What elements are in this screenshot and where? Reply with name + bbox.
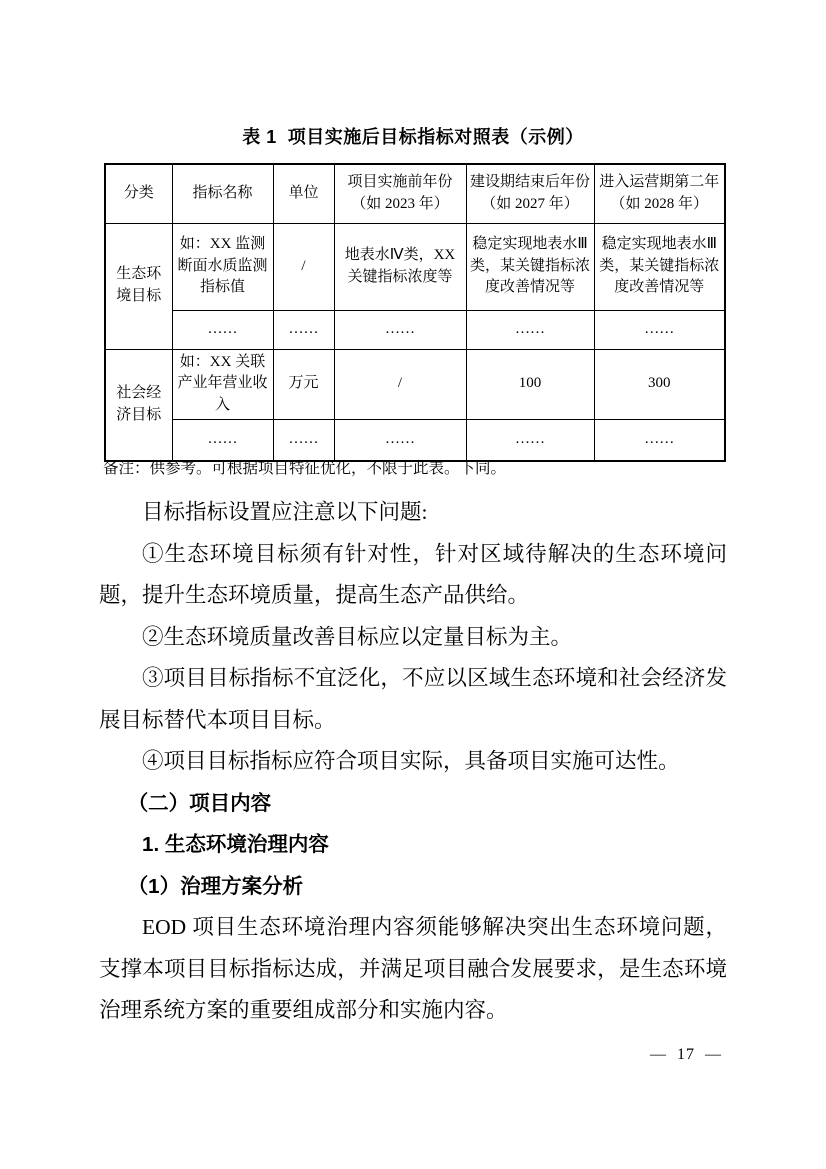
table-row: 生态环境目标 如：XX 监测断面水质监测指标值 / 地表水Ⅳ类，XX 关键指标浓… xyxy=(105,223,725,310)
table-cell: …… xyxy=(594,419,725,461)
paragraph-item-2: ②生态环境质量改善目标应以定量目标为主。 xyxy=(99,617,727,659)
table-title: 表 1 项目实施后目标指标对照表（示例） xyxy=(0,123,826,149)
header-cell-post-construction-year: 建设期结束后年份 （如 2027 年） xyxy=(466,164,594,223)
table-cell: …… xyxy=(273,310,334,349)
table-row: 社会经济目标 如：XX 关联产业年营业收入 万元 / 100 300 xyxy=(105,349,725,419)
indicator-comparison-table: 分类 指标名称 单位 项目实施前年份 （如 2023 年） 建设期结束后年份 （… xyxy=(104,163,726,462)
paragraph-eod: EOD 项目生态环境治理内容须能够解决突出生态环境问题，支撑本项目目标指标达成，… xyxy=(99,907,727,1032)
table-row: …… …… …… …… …… xyxy=(105,419,725,461)
header-cell-indicator-name: 指标名称 xyxy=(172,164,273,223)
paragraph-item-3: ③项目目标指标不宜泛化，不应以区域生态环境和社会经济发展目标替代本项目目标。 xyxy=(99,658,727,741)
header-cell-second-operation-year: 进入运营期第二年 （如 2028 年） xyxy=(594,164,725,223)
table-cell: …… xyxy=(334,419,466,461)
category-cell-eco-env: 生态环境目标 xyxy=(105,223,172,349)
body-text: 目标指标设置应注意以下问题: ①生态环境目标须有针对性，针对区域待解决的生态环境… xyxy=(99,492,727,1032)
table-cell: …… xyxy=(172,419,273,461)
table-header-row: 分类 指标名称 单位 项目实施前年份 （如 2023 年） 建设期结束后年份 （… xyxy=(105,164,725,223)
table-cell: 100 xyxy=(466,349,594,419)
table-cell: 如：XX 关联产业年营业收入 xyxy=(172,349,273,419)
table-cell: …… xyxy=(273,419,334,461)
page-number: — 17 — xyxy=(650,1046,722,1064)
paragraph-item-4: ④项目目标指标应符合项目实际，具备项目实施可达性。 xyxy=(99,741,727,783)
paragraph-item-1: ①生态环境目标须有针对性，针对区域待解决的生态环境问题，提升生态环境质量，提高生… xyxy=(99,534,727,617)
table-cell: 稳定实现地表水Ⅲ类，某关键指标浓度改善情况等 xyxy=(594,223,725,310)
header-cell-unit: 单位 xyxy=(273,164,334,223)
table-cell: …… xyxy=(334,310,466,349)
table-cell: …… xyxy=(594,310,725,349)
category-cell-socio-economic: 社会经济目标 xyxy=(105,349,172,461)
table-cell: 300 xyxy=(594,349,725,419)
table-cell: / xyxy=(334,349,466,419)
paragraph-intro: 目标指标设置应注意以下问题: xyxy=(99,492,727,534)
table-note: 备注：供参考。可根据项目特征优化，不限于此表。下同。 xyxy=(103,459,506,479)
header-cell-category: 分类 xyxy=(105,164,172,223)
table-cell: 稳定实现地表水Ⅲ类，某关键指标浓度改善情况等 xyxy=(466,223,594,310)
table-cell: …… xyxy=(172,310,273,349)
table-cell: …… xyxy=(466,419,594,461)
section-heading-project-content: （二）项目内容 xyxy=(99,783,727,825)
table-cell: 万元 xyxy=(273,349,334,419)
document-page: 表 1 项目实施后目标指标对照表（示例） 分类 指标名称 单位 项目实施前年份 … xyxy=(0,0,826,1169)
subsection-heading-eco-treatment: 1. 生态环境治理内容 xyxy=(99,824,727,866)
table-cell: …… xyxy=(466,310,594,349)
table-cell: 如：XX 监测断面水质监测指标值 xyxy=(172,223,273,310)
subsubsection-heading-treatment-plan: （1）治理方案分析 xyxy=(99,866,727,908)
table-row: …… …… …… …… …… xyxy=(105,310,725,349)
table-cell: / xyxy=(273,223,334,310)
header-cell-pre-implementation-year: 项目实施前年份 （如 2023 年） xyxy=(334,164,466,223)
table-cell: 地表水Ⅳ类，XX 关键指标浓度等 xyxy=(334,223,466,310)
